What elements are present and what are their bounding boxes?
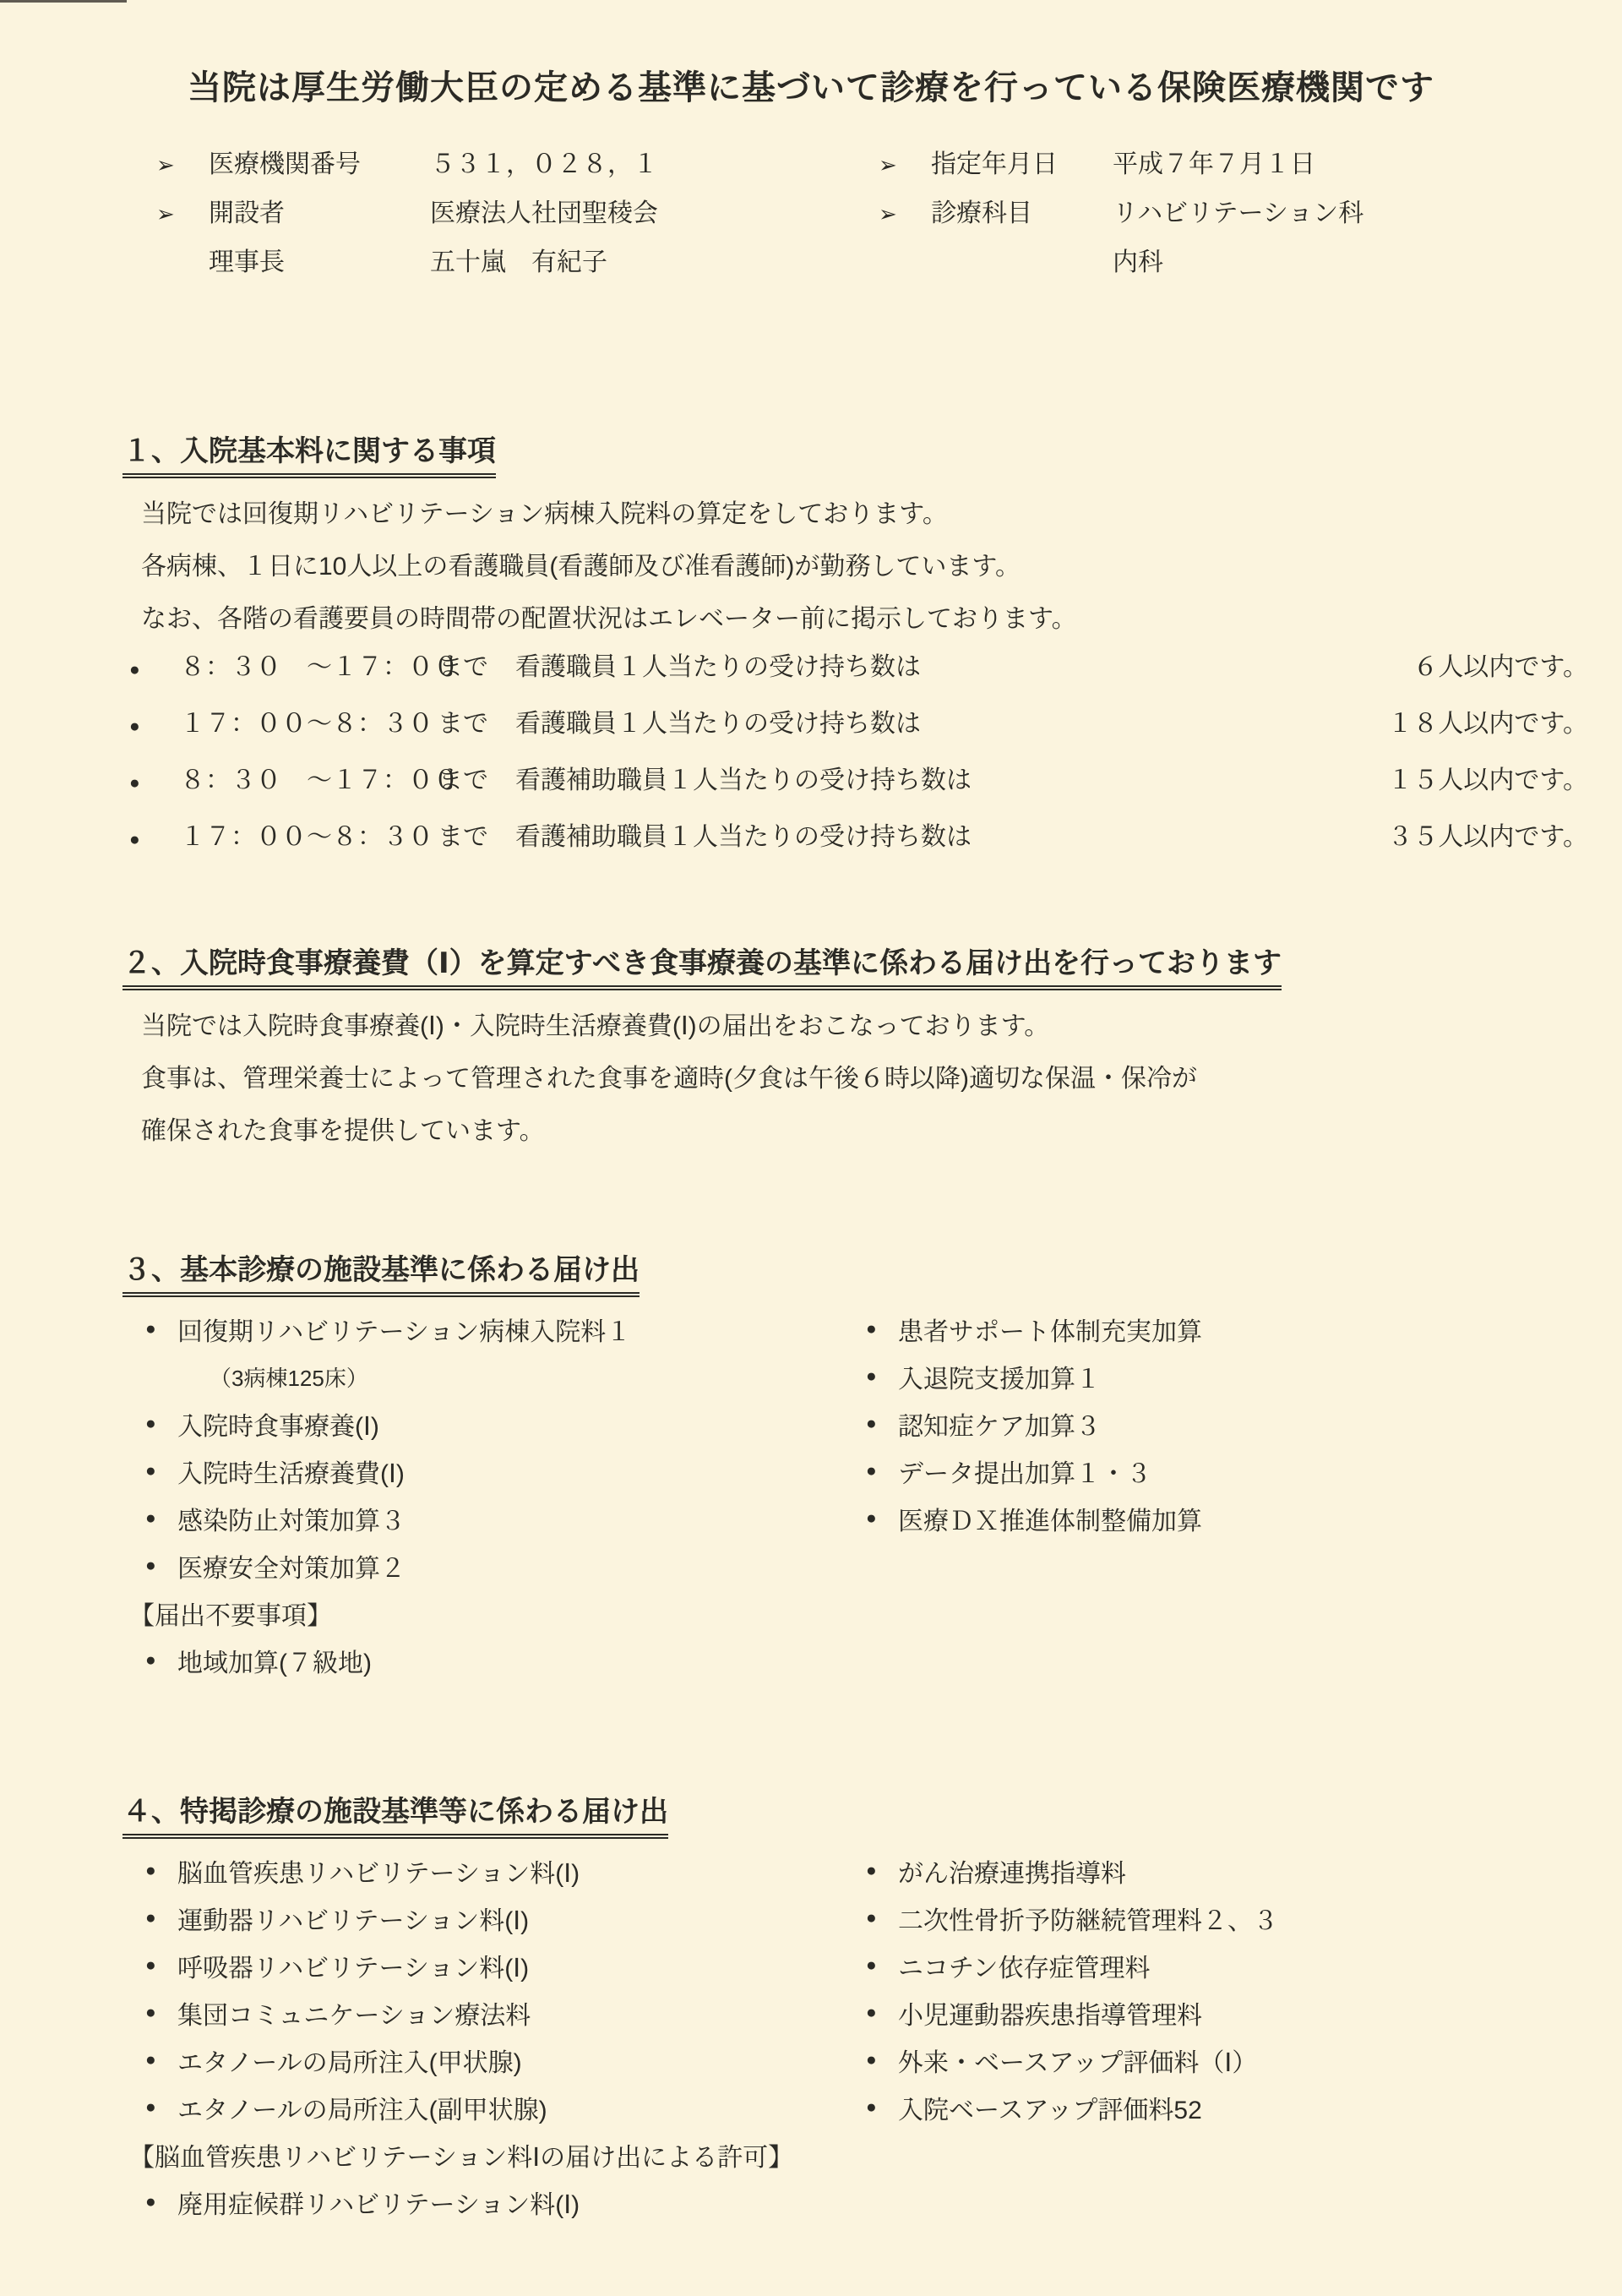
list-item-label: 脳血管疾患リハビリテーション料(Ⅰ) bbox=[177, 1852, 580, 1890]
bullet-icon: ● bbox=[145, 2192, 177, 2212]
info-value: リハビリテーション科 bbox=[1113, 192, 1363, 229]
bullet-icon: ● bbox=[866, 1414, 898, 1434]
time-range: ８：３０ ～１７：００ bbox=[180, 646, 438, 683]
list-item: ● エタノールの局所注入(甲状腺) bbox=[145, 2037, 866, 2084]
staff-description: 看護職員１人当たりの受け持ち数は bbox=[515, 646, 921, 683]
bullet-icon: ● bbox=[145, 2097, 177, 2118]
list-item: ● 脳血管疾患リハビリテーション料(Ⅰ) bbox=[145, 1847, 866, 1895]
list-item-label: 地域加算(７級地) bbox=[177, 1642, 372, 1679]
nurse-staffing-list: ● ８：３０ ～１７：００ まで 看護職員１人当たりの受け持ち数は ６人以内です… bbox=[122, 646, 1588, 872]
bullet-icon: ● bbox=[129, 773, 180, 794]
list-item: ● 入院時生活療養費(Ⅰ) bbox=[145, 1448, 866, 1495]
staffing-item: ● ８：３０ ～１７：００ まで 看護職員１人当たりの受け持ち数は ６人以内です… bbox=[129, 646, 1588, 702]
time-suffix: まで bbox=[438, 759, 515, 796]
list-item-label: 呼吸器リハビリテーション料(Ⅰ) bbox=[177, 1947, 529, 1984]
list-item-label: 入院時食事療養(Ⅰ) bbox=[177, 1405, 379, 1442]
arrow-icon: ➢ bbox=[156, 152, 209, 178]
list-item: ● データ提出加算１・３ bbox=[866, 1448, 1588, 1495]
section-2-meal-treatment: ２、入院時食事療養費（Ⅰ）を算定すべき食事療養の基準に係わる届け出を行っておりま… bbox=[122, 940, 1588, 1158]
arrow-icon: ➢ bbox=[879, 201, 931, 227]
paragraph: 当院では入院時食事療養(Ⅰ)・入院時生活療養費(Ⅰ)の届出をおこなっております。 bbox=[141, 1001, 1588, 1053]
info-label: 開設者 bbox=[209, 192, 430, 229]
facility-info-block: ➢ 医療機関番号 ５３１，０２８，１ ➢ 指定年月日 平成７年７月１日 ➢ 開設… bbox=[156, 143, 1588, 290]
info-row-chairman: 理事長 五十嵐 有紀子 bbox=[156, 241, 879, 290]
section-3-basic-treatment-standards: ３、基本診療の施設基準に係わる届け出 ● 回復期リハビリテーション病棟入院料１ … bbox=[122, 1246, 1588, 1684]
list-item-label: 入退院支援加算１ bbox=[898, 1358, 1101, 1395]
list-item: ● 廃用症候群リハビリテーション料(Ⅰ) bbox=[145, 2179, 1588, 2226]
list-item-label: 入院ベースアップ評価料52 bbox=[898, 2089, 1202, 2126]
bullet-icon: ● bbox=[866, 1508, 898, 1529]
info-value: 五十嵐 有紀子 bbox=[430, 241, 607, 278]
info-value: 医療法人社団聖稜会 bbox=[430, 192, 658, 229]
list-item-label: がん治療連携指導料 bbox=[898, 1852, 1126, 1890]
bullet-icon: ● bbox=[866, 1366, 898, 1387]
list-item: ● 入院ベースアップ評価料52 bbox=[866, 2084, 1588, 2131]
bullet-icon: ● bbox=[866, 1908, 898, 1928]
staffing-item: ● １７：００～８：３０ まで 看護職員１人当たりの受け持ち数は １８人以内です… bbox=[129, 702, 1588, 759]
scan-edge-artifact bbox=[0, 0, 127, 3]
info-value: ５３１，０２８，１ bbox=[430, 143, 658, 180]
staff-count: １８人以内です。 bbox=[1387, 702, 1588, 739]
list-item-label: 医療安全対策加算２ bbox=[177, 1547, 405, 1584]
list-item: ● 入院時食事療養(Ⅰ) bbox=[145, 1400, 866, 1448]
list-item-label: 入院時生活療養費(Ⅰ) bbox=[177, 1453, 405, 1490]
bullet-icon: ● bbox=[145, 1861, 177, 1881]
list-item-label: 感染防止対策加算３ bbox=[177, 1500, 405, 1537]
section-2-paragraphs: 当院では入院時食事療養(Ⅰ)・入院時生活療養費(Ⅰ)の届出をおこなっております。… bbox=[141, 1001, 1588, 1158]
bullet-icon: ● bbox=[145, 1414, 177, 1434]
info-value: 平成７年７月１日 bbox=[1113, 143, 1315, 180]
bullet-icon: ● bbox=[866, 1861, 898, 1881]
section-heading: １、入院基本料に関する事項 bbox=[122, 428, 496, 478]
list-item-label: 外来・ベースアップ評価料（Ⅰ） bbox=[898, 2042, 1257, 2079]
bullet-icon: ● bbox=[129, 830, 180, 850]
page-title: 当院は厚生労働大臣の定める基準に基づいて診療を行っている保険医療機関です bbox=[34, 61, 1588, 109]
section-heading: ３、基本診療の施設基準に係わる届け出 bbox=[122, 1246, 640, 1297]
bullet-icon: ● bbox=[129, 717, 180, 737]
time-range: ８：３０ ～１７：００ bbox=[180, 759, 438, 796]
bullet-icon: ● bbox=[866, 1319, 898, 1339]
list-subnote: （3病棟125床） bbox=[210, 1353, 866, 1400]
info-row-founder: ➢ 開設者 医療法人社団聖稜会 bbox=[156, 192, 879, 241]
list-item: ● 二次性骨折予防継続管理料２、３ bbox=[866, 1895, 1588, 1942]
bullet-icon: ● bbox=[145, 1508, 177, 1529]
bullet-icon: ● bbox=[145, 2003, 177, 2023]
paragraph: 当院では回復期リハビリテーション病棟入院料の算定をしております。 bbox=[141, 488, 1588, 541]
staff-description: 看護補助職員１人当たりの受け持ち数は bbox=[515, 759, 972, 796]
staff-description: 看護職員１人当たりの受け持ち数は bbox=[515, 702, 921, 739]
list-item-label: 医療ＤＸ推進体制整備加算 bbox=[898, 1500, 1202, 1537]
section-3-lists: ● 回復期リハビリテーション病棟入院料１ （3病棟125床） ● 入院時食事療養… bbox=[122, 1306, 1588, 1590]
list-item: ● 運動器リハビリテーション料(Ⅰ) bbox=[145, 1895, 866, 1942]
time-range: １７：００～８：３０ bbox=[180, 702, 438, 739]
bullet-icon: ● bbox=[145, 1908, 177, 1928]
info-label: 診療科目 bbox=[931, 192, 1113, 229]
info-label: 指定年月日 bbox=[931, 143, 1113, 180]
cerebrovascular-rehab-permission-note: 【脳血管疾患リハビリテーション料Ⅰの届け出による許可】 bbox=[129, 2131, 1588, 2179]
section-4-special-treatment-standards: ４、特掲診療の施設基準等に係わる届け出 ● 脳血管疾患リハビリテーション料(Ⅰ)… bbox=[122, 1788, 1588, 2226]
bullet-icon: ● bbox=[145, 2050, 177, 2070]
bullet-icon: ● bbox=[866, 2097, 898, 2118]
info-value: 内科 bbox=[1113, 241, 1163, 278]
time-suffix: まで bbox=[438, 815, 515, 853]
section-heading: ４、特掲診療の施設基準等に係わる届け出 bbox=[122, 1788, 668, 1839]
bullet-icon: ● bbox=[866, 2003, 898, 2023]
list-item: ● 入退院支援加算１ bbox=[866, 1353, 1588, 1400]
staff-count: ３５人以内です。 bbox=[1387, 815, 1588, 853]
list-item: ● 医療安全対策加算２ bbox=[145, 1542, 866, 1590]
section-3-right-list: ● 患者サポート体制充実加算 ● 入退院支援加算１ ● 認知症ケア加算３ ● デ… bbox=[866, 1306, 1588, 1590]
bullet-icon: ● bbox=[866, 1955, 898, 1976]
list-item-label: 認知症ケア加算３ bbox=[898, 1405, 1101, 1442]
list-item-label: エタノールの局所注入(甲状腺) bbox=[177, 2042, 522, 2079]
list-item: ● 呼吸器リハビリテーション料(Ⅰ) bbox=[145, 1942, 866, 1989]
section-4-extra-list: ● 廃用症候群リハビリテーション料(Ⅰ) bbox=[122, 2179, 1588, 2226]
section-3-left-list: ● 回復期リハビリテーション病棟入院料１ （3病棟125床） ● 入院時食事療養… bbox=[122, 1306, 866, 1590]
list-item: ● 外来・ベースアップ評価料（Ⅰ） bbox=[866, 2037, 1588, 2084]
bullet-icon: ● bbox=[129, 660, 180, 680]
list-item-label: 小児運動器疾患指導管理料 bbox=[898, 1994, 1202, 2031]
document-page: 当院は厚生労働大臣の定める基準に基づいて診療を行っている保険医療機関です ➢ 医… bbox=[0, 0, 1622, 2226]
list-item: ● 感染防止対策加算３ bbox=[145, 1495, 866, 1542]
list-item-label: ニコチン依存症管理料 bbox=[898, 1947, 1151, 1984]
arrow-icon: ➢ bbox=[156, 201, 209, 227]
arrow-icon: ➢ bbox=[879, 152, 931, 178]
info-label: 理事長 bbox=[209, 241, 430, 278]
section-4-left-list: ● 脳血管疾患リハビリテーション料(Ⅰ) ● 運動器リハビリテーション料(Ⅰ) … bbox=[122, 1847, 866, 2131]
section-4-right-list: ● がん治療連携指導料 ● 二次性骨折予防継続管理料２、３ ● ニコチン依存症管… bbox=[866, 1847, 1588, 2131]
bullet-icon: ● bbox=[145, 1461, 177, 1481]
list-item-label: 回復期リハビリテーション病棟入院料１ bbox=[177, 1311, 631, 1348]
list-item-label: 運動器リハビリテーション料(Ⅰ) bbox=[177, 1900, 529, 1937]
section-3-extra-list: ● 地域加算(７級地) bbox=[122, 1637, 1588, 1684]
list-item: ● エタノールの局所注入(副甲状腺) bbox=[145, 2084, 866, 2131]
staff-count: ６人以内です。 bbox=[1412, 646, 1588, 683]
paragraph: なお、各階の看護要員の時間帯の配置状況はエレベーター前に掲示しております。 bbox=[141, 593, 1588, 646]
list-item: ● 医療ＤＸ推進体制整備加算 bbox=[866, 1495, 1588, 1542]
list-item: ● 患者サポート体制充実加算 bbox=[866, 1306, 1588, 1353]
section-4-lists: ● 脳血管疾患リハビリテーション料(Ⅰ) ● 運動器リハビリテーション料(Ⅰ) … bbox=[122, 1847, 1588, 2131]
list-item: ● がん治療連携指導料 bbox=[866, 1847, 1588, 1895]
list-item: ● 認知症ケア加算３ bbox=[866, 1400, 1588, 1448]
list-item: ● ニコチン依存症管理料 bbox=[866, 1942, 1588, 1989]
paragraph: 食事は、管理栄養士によって管理された食事を適時(夕食は午後６時以降)適切な保温・… bbox=[141, 1053, 1588, 1105]
list-item: ● 集団コミュニケーション療法料 bbox=[145, 1989, 866, 2037]
section-heading: ２、入院時食事療養費（Ⅰ）を算定すべき食事療養の基準に係わる届け出を行っておりま… bbox=[122, 940, 1282, 990]
time-range: １７：００～８：３０ bbox=[180, 815, 438, 853]
staffing-item: ● １７：００～８：３０ まで 看護補助職員１人当たりの受け持ち数は ３５人以内… bbox=[129, 815, 1588, 872]
time-suffix: まで bbox=[438, 646, 515, 683]
info-row-department-second: 内科 bbox=[879, 241, 1588, 290]
info-row-medical-institution-number: ➢ 医療機関番号 ５３１，０２８，１ bbox=[156, 143, 879, 192]
staff-description: 看護補助職員１人当たりの受け持ち数は bbox=[515, 815, 972, 853]
section-1-basic-hospitalization-fee: １、入院基本料に関する事項 当院では回復期リハビリテーション病棟入院料の算定をし… bbox=[122, 428, 1588, 872]
bullet-icon: ● bbox=[866, 2050, 898, 2070]
list-item: ● 小児運動器疾患指導管理料 bbox=[866, 1989, 1588, 2037]
bullet-icon: ● bbox=[145, 1556, 177, 1576]
list-item-label: 患者サポート体制充実加算 bbox=[898, 1311, 1202, 1348]
bullet-icon: ● bbox=[145, 1319, 177, 1339]
bullet-icon: ● bbox=[145, 1650, 177, 1671]
list-item-label: 集団コミュニケーション療法料 bbox=[177, 1994, 531, 2031]
paragraph: 確保された食事を提供しています。 bbox=[141, 1105, 1588, 1158]
paragraph: 各病棟、１日に10人以上の看護職員(看護師及び准看護師)が勤務しています。 bbox=[141, 541, 1588, 593]
bullet-icon: ● bbox=[145, 1955, 177, 1976]
info-row-departments: ➢ 診療科目 リハビリテーション科 bbox=[879, 192, 1588, 241]
list-item-label: 廃用症候群リハビリテーション料(Ⅰ) bbox=[177, 2184, 580, 2221]
list-item: ● 回復期リハビリテーション病棟入院料１ bbox=[145, 1306, 866, 1353]
subnote-label: （3病棟125床） bbox=[210, 1361, 368, 1393]
list-item: ● 地域加算(７級地) bbox=[145, 1637, 1588, 1684]
time-suffix: まで bbox=[438, 702, 515, 739]
list-item-label: エタノールの局所注入(副甲状腺) bbox=[177, 2089, 547, 2126]
staff-count: １５人以内です。 bbox=[1387, 759, 1588, 796]
info-label: 医療機関番号 bbox=[209, 143, 430, 180]
staffing-item: ● ８：３０ ～１７：００ まで 看護補助職員１人当たりの受け持ち数は １５人以… bbox=[129, 759, 1588, 815]
info-row-designation-date: ➢ 指定年月日 平成７年７月１日 bbox=[879, 143, 1588, 192]
notification-not-required-note: 【届出不要事項】 bbox=[129, 1590, 1588, 1637]
section-1-paragraphs: 当院では回復期リハビリテーション病棟入院料の算定をしております。 各病棟、１日に… bbox=[141, 488, 1588, 646]
bullet-icon: ● bbox=[866, 1461, 898, 1481]
list-item-label: 二次性骨折予防継続管理料２、３ bbox=[898, 1900, 1278, 1937]
list-item-label: データ提出加算１・３ bbox=[898, 1453, 1151, 1490]
